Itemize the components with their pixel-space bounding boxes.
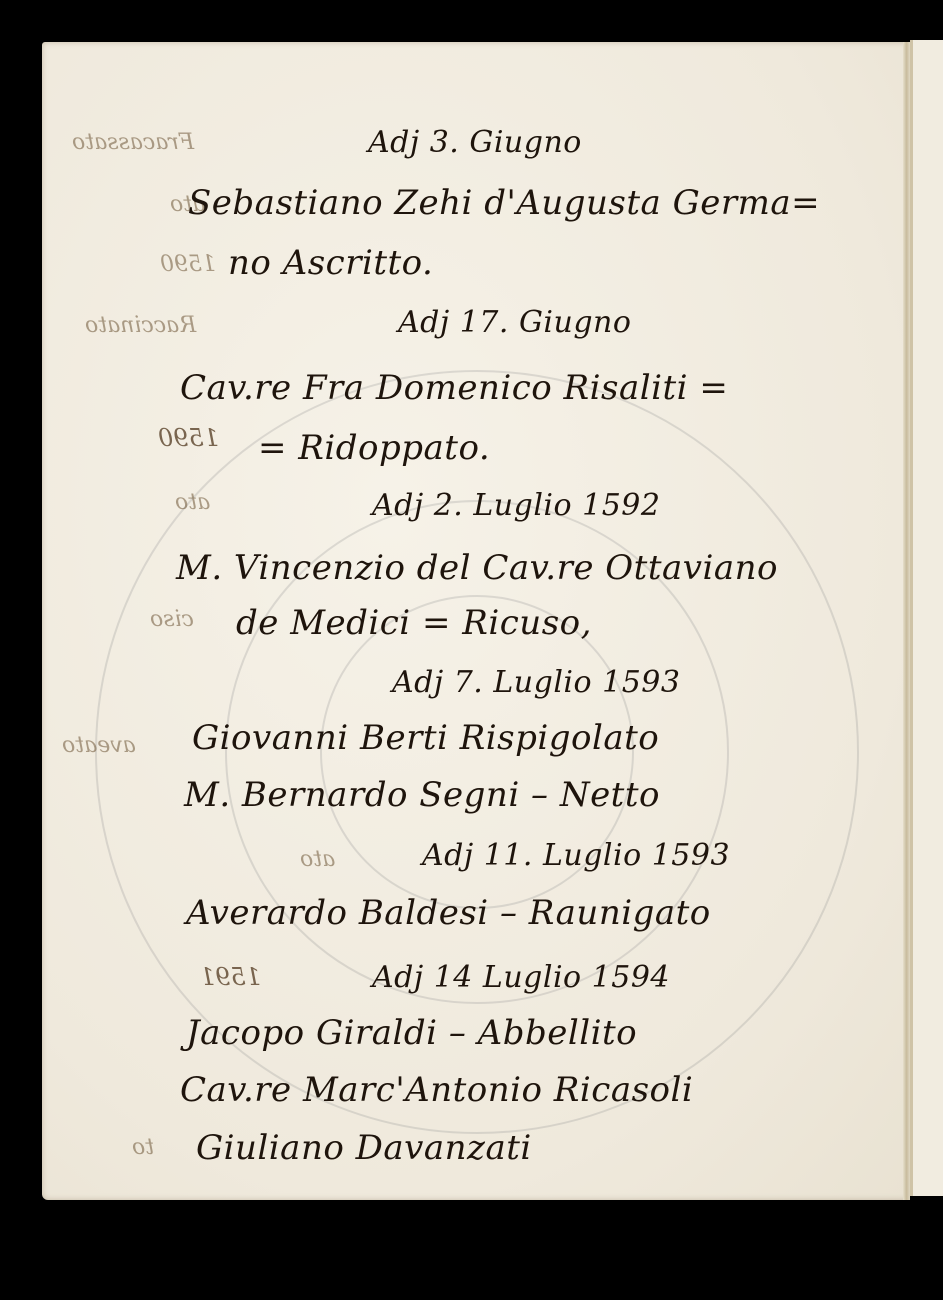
entry-name-line: Cav.re Fra Domenico Risaliti = <box>180 368 728 408</box>
bleed-through-text: aveato <box>62 733 136 758</box>
bleed-through-text: to <box>132 1135 154 1160</box>
entry-name-line: Giuliano Davanzati <box>196 1128 532 1168</box>
entry-date: Adj 14 Luglio 1594 <box>372 960 670 995</box>
facing-page-edge <box>910 40 943 1196</box>
bleed-through-text: ato <box>300 847 335 872</box>
margin-year-note: 1590 <box>158 424 219 452</box>
entry-date: Adj 3. Giugno <box>368 125 582 160</box>
entry-name-line: Jacopo Giraldi – Abbellito <box>186 1013 637 1053</box>
entry-name-line: Averardo Baldesi – Raunigato <box>186 893 711 933</box>
entry-name-line: no Ascritto. <box>228 243 433 283</box>
entry-date: Adj 17. Giugno <box>398 305 631 340</box>
bleed-through-text: Raccinato <box>85 313 196 338</box>
bleed-through-text: ciso <box>150 607 194 632</box>
entry-name-line: M. Vincenzio del Cav.re Ottaviano <box>176 548 778 588</box>
page-gutter-fold <box>903 42 910 1200</box>
bleed-through-text: 1590 <box>160 252 216 277</box>
entry-name-line: Giovanni Berti Rispigolato <box>192 718 659 758</box>
entry-date: Adj 7. Luglio 1593 <box>392 665 680 700</box>
entry-name-line: Cav.re Marc'Antonio Ricasoli <box>180 1070 693 1110</box>
entry-date: Adj 2. Luglio 1592 <box>372 488 660 523</box>
bleed-through-text: Fracassato <box>72 130 194 155</box>
entry-name-line: = Ridoppato. <box>258 428 490 468</box>
margin-year-note: 1591 <box>200 963 261 991</box>
entry-date: Adj 11. Luglio 1593 <box>422 838 730 873</box>
entry-name-line: M. Bernardo Segni – Netto <box>184 775 660 815</box>
bleed-through-text: ato <box>175 490 210 515</box>
entry-name-line: Sebastiano Zehi d'Augusta Germa= <box>188 183 820 223</box>
entry-name-line: de Medici = Ricuso, <box>236 603 592 643</box>
